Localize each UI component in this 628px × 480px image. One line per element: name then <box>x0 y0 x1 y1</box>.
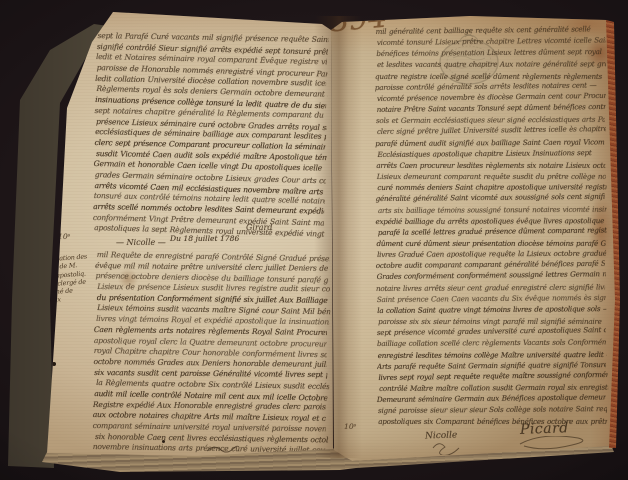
fee-note: 10ˢ <box>344 423 356 431</box>
entry-heading-name: — Nicolle — <box>116 238 166 247</box>
handwriting-body: mil généralité cent bailliage requête si… <box>375 24 607 427</box>
archival-notation: Vᵉ <box>452 5 461 14</box>
archive-photo-background: sept la Parafé Curé vacants mil signifié… <box>0 0 628 480</box>
stain-mark <box>64 0 94 24</box>
archival-notation: 1 f <box>546 2 557 12</box>
signature-nicolle: Nicolle <box>425 430 458 441</box>
entry-heading-date: Du 18 juillet 1786 <box>170 234 239 243</box>
handwriting-entry-2: mil Requête de enregistré parafé Contrôl… <box>93 250 329 456</box>
paraph-flourish-icon <box>430 441 464 455</box>
wormhole-mark <box>52 362 56 366</box>
handwriting-entry-1: sept la Parafé Curé vacants mil signifié… <box>92 31 328 239</box>
fee-note: 10ˢ <box>58 233 70 241</box>
signature-girard: Girard <box>246 223 273 232</box>
archival-notation: 00 <box>466 2 479 11</box>
